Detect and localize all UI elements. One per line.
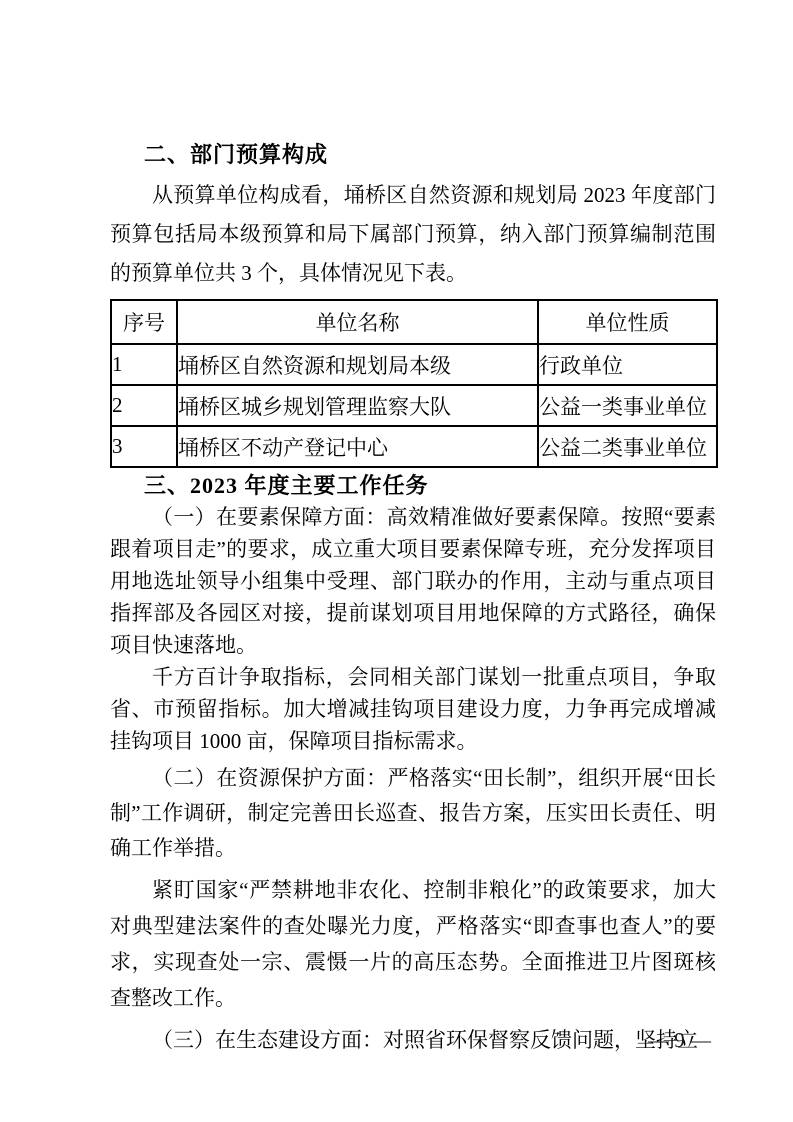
table-header-row: 序号 单位名称 单位性质	[111, 300, 717, 344]
section3-paragraph-4: 紧盯国家“严禁耕地非农化、控制非粮化”的政策要求，加大对典型建法案件的查处曝光力…	[110, 872, 716, 1016]
table-row: 2 埇桥区城乡规划管理监察大队 公益一类事业单位	[111, 385, 717, 426]
column-header-unit-type: 单位性质	[538, 300, 717, 344]
cell-index: 3	[111, 426, 177, 467]
cell-unit-type: 公益二类事业单位	[538, 426, 717, 467]
cell-index: 2	[111, 385, 177, 426]
column-header-index: 序号	[111, 300, 177, 344]
section2-intro-paragraph: 从预算单位构成看，埇桥区自然资源和规划局 2023 年度部门预算包括局本级预算和…	[110, 176, 716, 293]
document-page: 二、部门预算构成 从预算单位构成看，埇桥区自然资源和规划局 2023 年度部门预…	[0, 0, 793, 1122]
page-number: — 9 —	[0, 1028, 793, 1053]
cell-unit-name: 埇桥区不动产登记中心	[177, 426, 538, 467]
cell-unit-name: 埇桥区自然资源和规划局本级	[177, 344, 538, 385]
table-row: 3 埇桥区不动产登记中心 公益二类事业单位	[111, 426, 717, 467]
cell-unit-type: 行政单位	[538, 344, 717, 385]
document-content: 二、部门预算构成 从预算单位构成看，埇桥区自然资源和规划局 2023 年度部门预…	[110, 140, 716, 1058]
section3-paragraph-3: （二）在资源保护方面：严格落实“田长制”，组织开展“田长制”工作调研，制定完善田…	[110, 761, 716, 866]
section2-heading: 二、部门预算构成	[110, 140, 716, 170]
section3-paragraph-1: （一）在要素保障方面：高效精准做好要素保障。按照“要素跟着项目走”的要求，成立重…	[110, 501, 716, 661]
cell-index: 1	[111, 344, 177, 385]
budget-units-table: 序号 单位名称 单位性质 1 埇桥区自然资源和规划局本级 行政单位 2 埇桥区城…	[110, 299, 718, 468]
section3-heading: 三、2023 年度主要工作任务	[110, 471, 716, 501]
cell-unit-type: 公益一类事业单位	[538, 385, 717, 426]
cell-unit-name: 埇桥区城乡规划管理监察大队	[177, 385, 538, 426]
section3-paragraph-2: 千方百计争取指标，会同相关部门谋划一批重点项目，争取省、市预留指标。加大增减挂钩…	[110, 661, 716, 757]
table-row: 1 埇桥区自然资源和规划局本级 行政单位	[111, 344, 717, 385]
column-header-unit-name: 单位名称	[177, 300, 538, 344]
